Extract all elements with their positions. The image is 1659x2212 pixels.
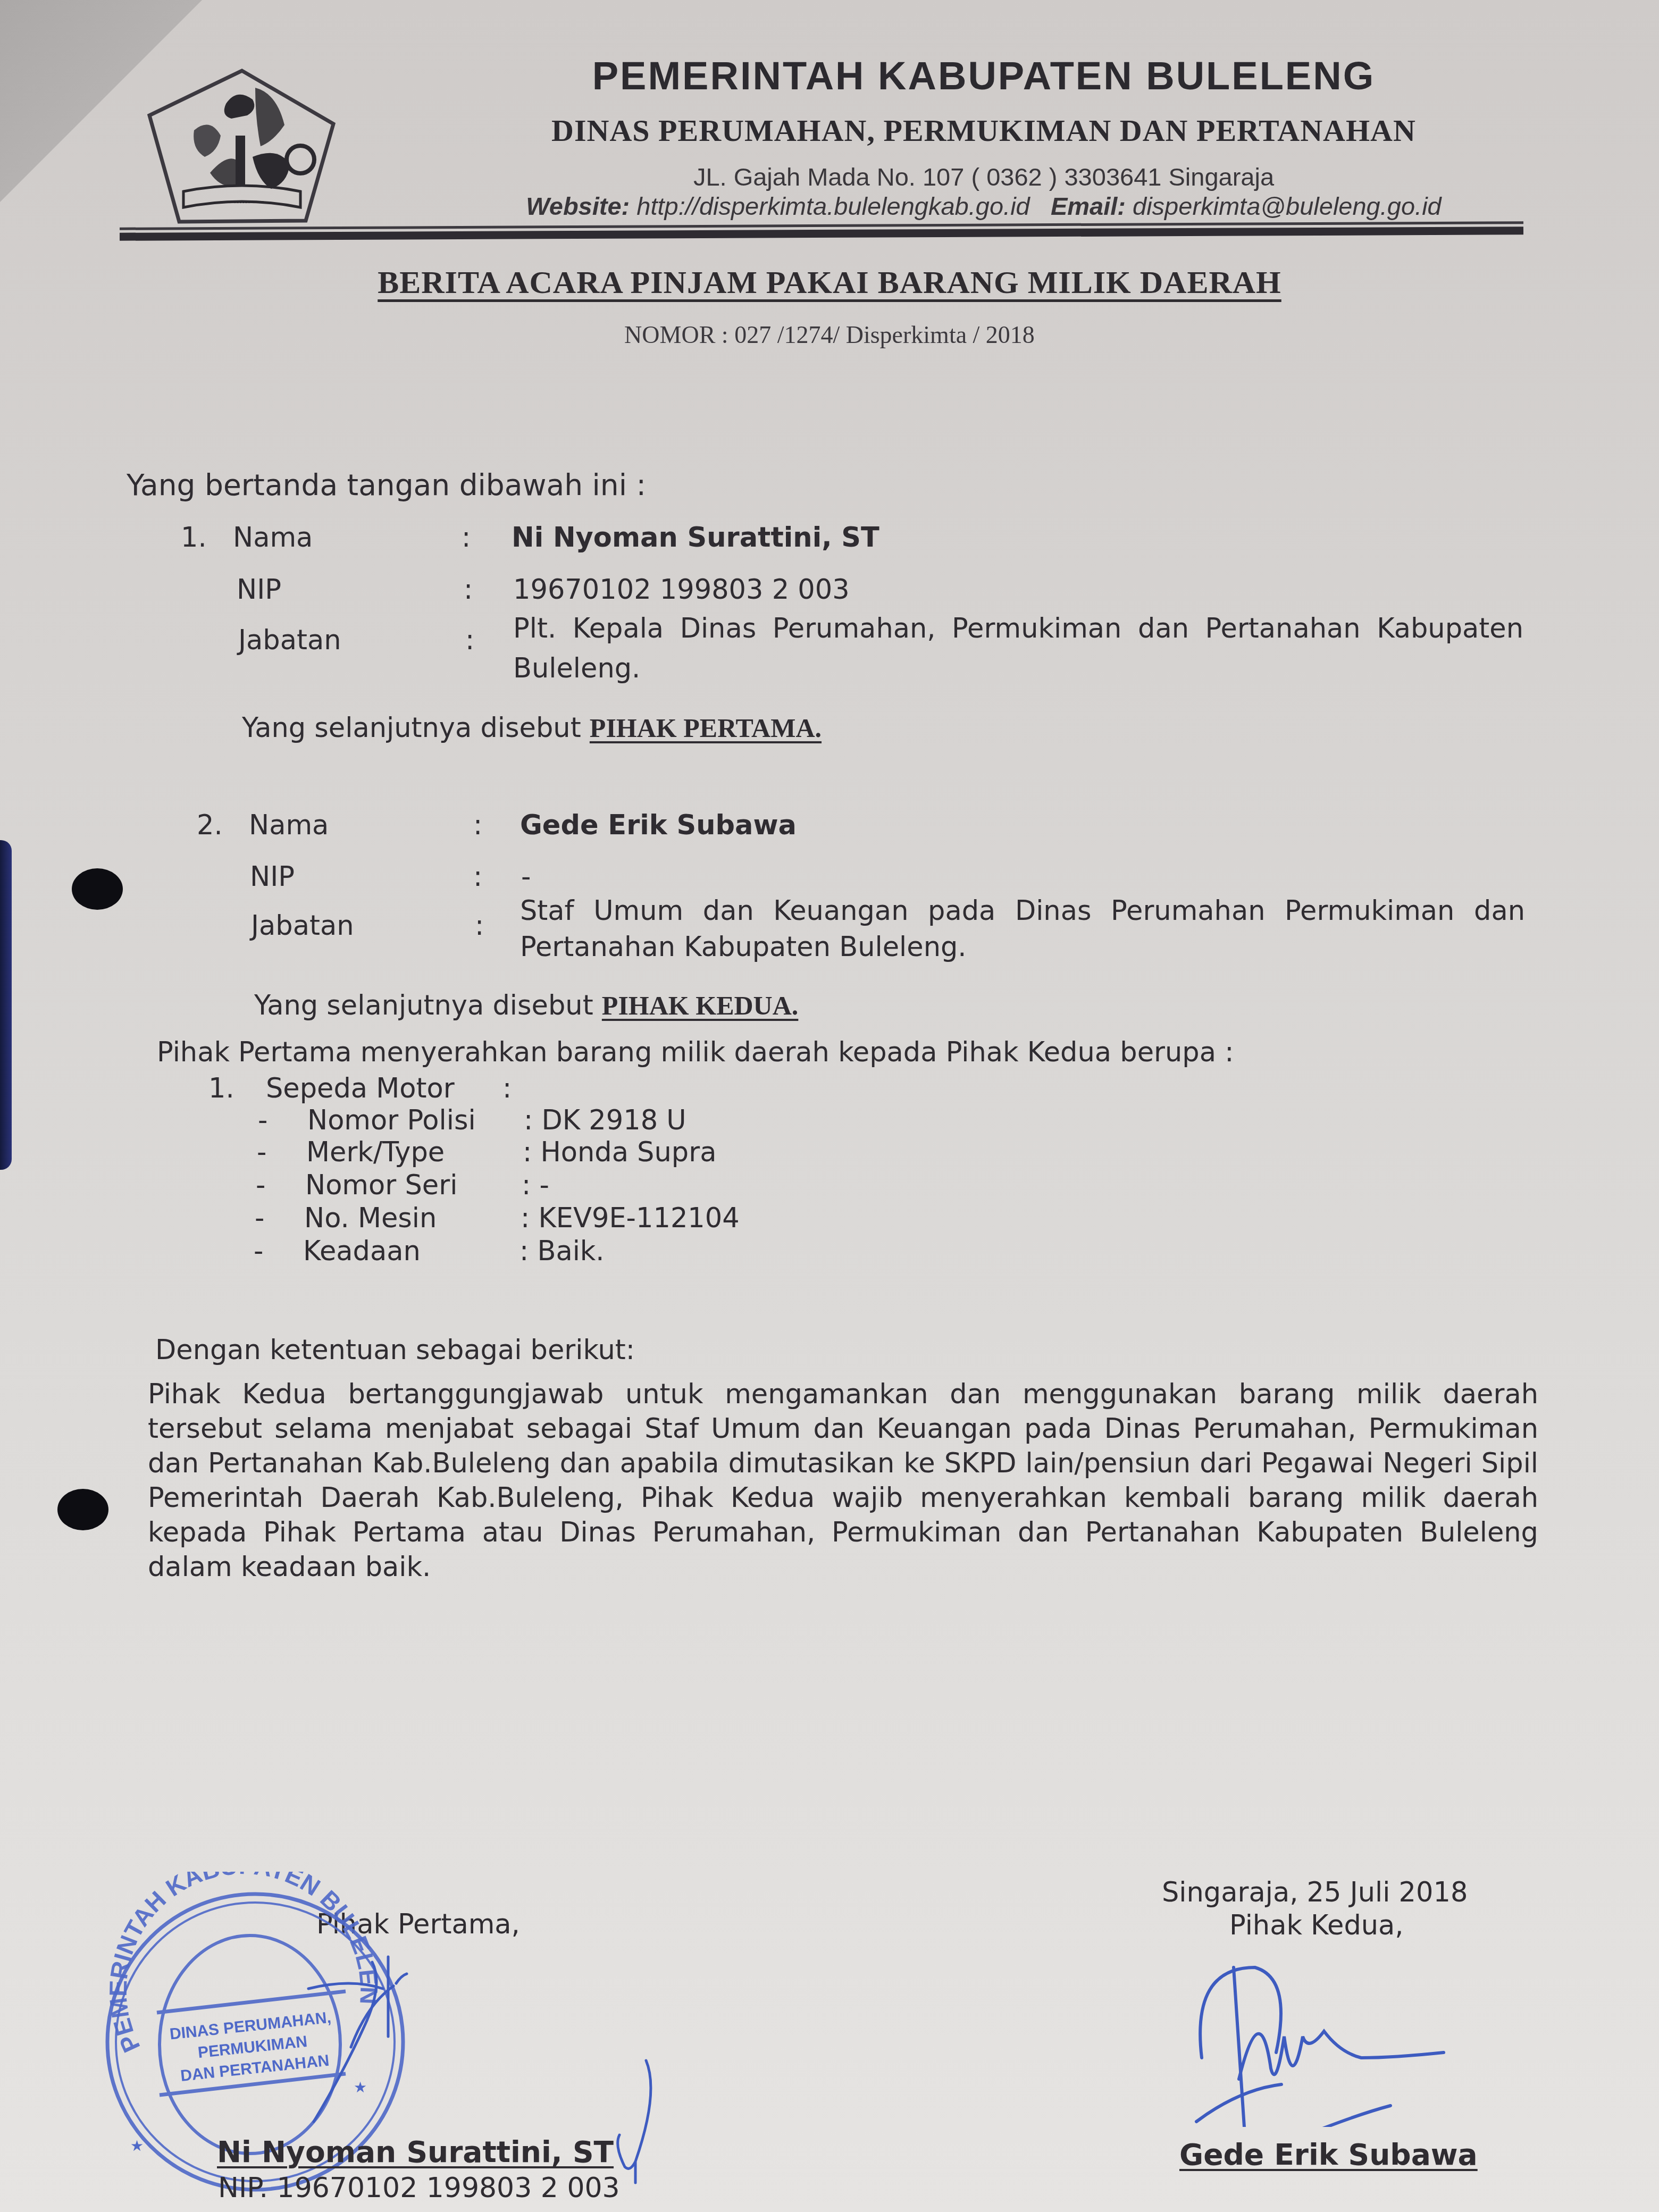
website-label: Website:: [526, 192, 630, 220]
document-number: NOMOR : 027 /1274/ Disperkimta / 2018: [330, 321, 1329, 349]
buleleng-regency-emblem-icon: ▪▪▪▪ ▪▪▪▪▪▪ ▪▪▪▪: [146, 66, 338, 226]
detail-value: : -: [522, 1170, 549, 1201]
svg-text:▪▪▪▪ ▪▪▪▪▪▪ ▪▪▪▪: ▪▪▪▪ ▪▪▪▪▪▪ ▪▪▪▪: [220, 198, 264, 207]
party-2-position-label: Jabatan: [251, 910, 354, 942]
party-2-alias: PIHAK KEDUA.: [602, 991, 798, 1020]
referred-prefix: Yang selanjutnya disebut: [242, 713, 590, 744]
colon: :: [475, 910, 484, 942]
party-2-referred: Yang selanjutnya disebut PIHAK KEDUA.: [254, 990, 798, 1021]
party-2-nip: -: [521, 861, 531, 893]
party-2-name-label: Nama: [249, 810, 329, 841]
party-1-nip-label: NIP: [237, 574, 281, 606]
detail-label: Keadaan: [303, 1236, 421, 1267]
punch-hole: [72, 868, 123, 910]
handover-statement: Pihak Pertama menyerahkan barang milik d…: [157, 1037, 1234, 1068]
detail-bullet: -: [256, 1170, 265, 1201]
letterhead-contact: Website: http://disperkimta.bulelengkab.…: [372, 191, 1595, 221]
detail-value: : DK 2918 U: [524, 1105, 686, 1136]
letterhead-government: PEMERINTAH KABUPATEN BULELENG: [372, 53, 1595, 98]
second-party-role: Pihak Kedua,: [1229, 1910, 1404, 1941]
party-1-alias: PIHAK PERTAMA.: [590, 713, 822, 743]
party-2-index: 2.: [197, 810, 223, 841]
party-1-name-label: Nama: [233, 522, 313, 554]
detail-bullet: -: [258, 1105, 267, 1136]
item-name: Sepeda Motor: [266, 1073, 455, 1104]
terms-body: Pihak Kedua bertanggungjawab untuk menga…: [148, 1377, 1538, 1585]
detail-value: : Baik.: [520, 1236, 605, 1267]
detail-value: : Honda Supra: [523, 1137, 716, 1168]
referred-prefix: Yang selanjutnya disebut: [254, 990, 602, 1021]
first-party-name: Ni Nyoman Surattini, ST: [217, 2135, 614, 2169]
email-label: Email:: [1051, 192, 1126, 220]
intro-text: Yang bertanda tangan dibawah ini :: [127, 468, 646, 502]
party-1-nip: 19670102 199803 2 003: [513, 574, 850, 606]
colon: :: [464, 574, 473, 606]
detail-label: No. Mesin: [304, 1203, 437, 1234]
second-party-signature: [1186, 1946, 1484, 2127]
punch-hole: [57, 1489, 108, 1530]
terms-heading: Dengan ketentuan sebagai berikut:: [155, 1335, 635, 1366]
email-link[interactable]: disperkimta@buleleng.go.id: [1133, 192, 1442, 220]
detail-value: : KEV9E-112104: [521, 1203, 740, 1234]
letterhead-address: JL. Gajah Mada No. 107 ( 0362 ) 3303641 …: [372, 162, 1595, 191]
detail-label: Nomor Seri: [305, 1170, 457, 1201]
item-index: 1.: [208, 1073, 234, 1104]
document-title: BERITA ACARA PINJAM PAKAI BARANG MILIK D…: [330, 264, 1329, 301]
letterhead-agency: DINAS PERUMAHAN, PERMUKIMAN DAN PERTANAH…: [372, 113, 1595, 148]
website-link[interactable]: http://disperkimta.bulelengkab.go.id: [636, 192, 1029, 220]
detail-bullet: -: [255, 1203, 264, 1234]
party-1-position: Plt. Kepala Dinas Perumahan, Permukiman …: [513, 609, 1523, 689]
party-2-nip-label: NIP: [250, 861, 295, 893]
party-1-referred: Yang selanjutnya disebut PIHAK PERTAMA.: [242, 713, 822, 744]
party-2-name: Gede Erik Subawa: [520, 810, 797, 841]
colon: :: [465, 625, 474, 656]
party-2-position: Staf Umum dan Keuangan pada Dinas Peruma…: [520, 893, 1525, 966]
party-1-position-label: Jabatan: [238, 625, 341, 656]
item-colon: :: [502, 1073, 512, 1104]
first-party-signature: [276, 1946, 415, 2148]
place-date: Singaraja, 25 Juli 2018: [1162, 1877, 1468, 1908]
detail-bullet: -: [257, 1137, 266, 1168]
party-1-name: Ni Nyoman Surattini, ST: [512, 522, 879, 554]
colon: :: [473, 861, 482, 893]
detail-bullet: -: [254, 1236, 263, 1267]
detail-label: Nomor Polisi: [307, 1105, 476, 1136]
detail-label: Merk/Type: [306, 1137, 445, 1168]
colon: :: [473, 810, 482, 841]
first-party-nip: NIP. 19670102 199803 2 003: [218, 2172, 620, 2204]
colon: :: [462, 522, 471, 554]
svg-text:★: ★: [130, 2137, 144, 2155]
party-1-index: 1.: [181, 522, 207, 554]
second-party-name: Gede Erik Subawa: [1179, 2138, 1478, 2172]
initial-paraf: [590, 2052, 670, 2191]
binder-edge: [0, 840, 12, 1170]
